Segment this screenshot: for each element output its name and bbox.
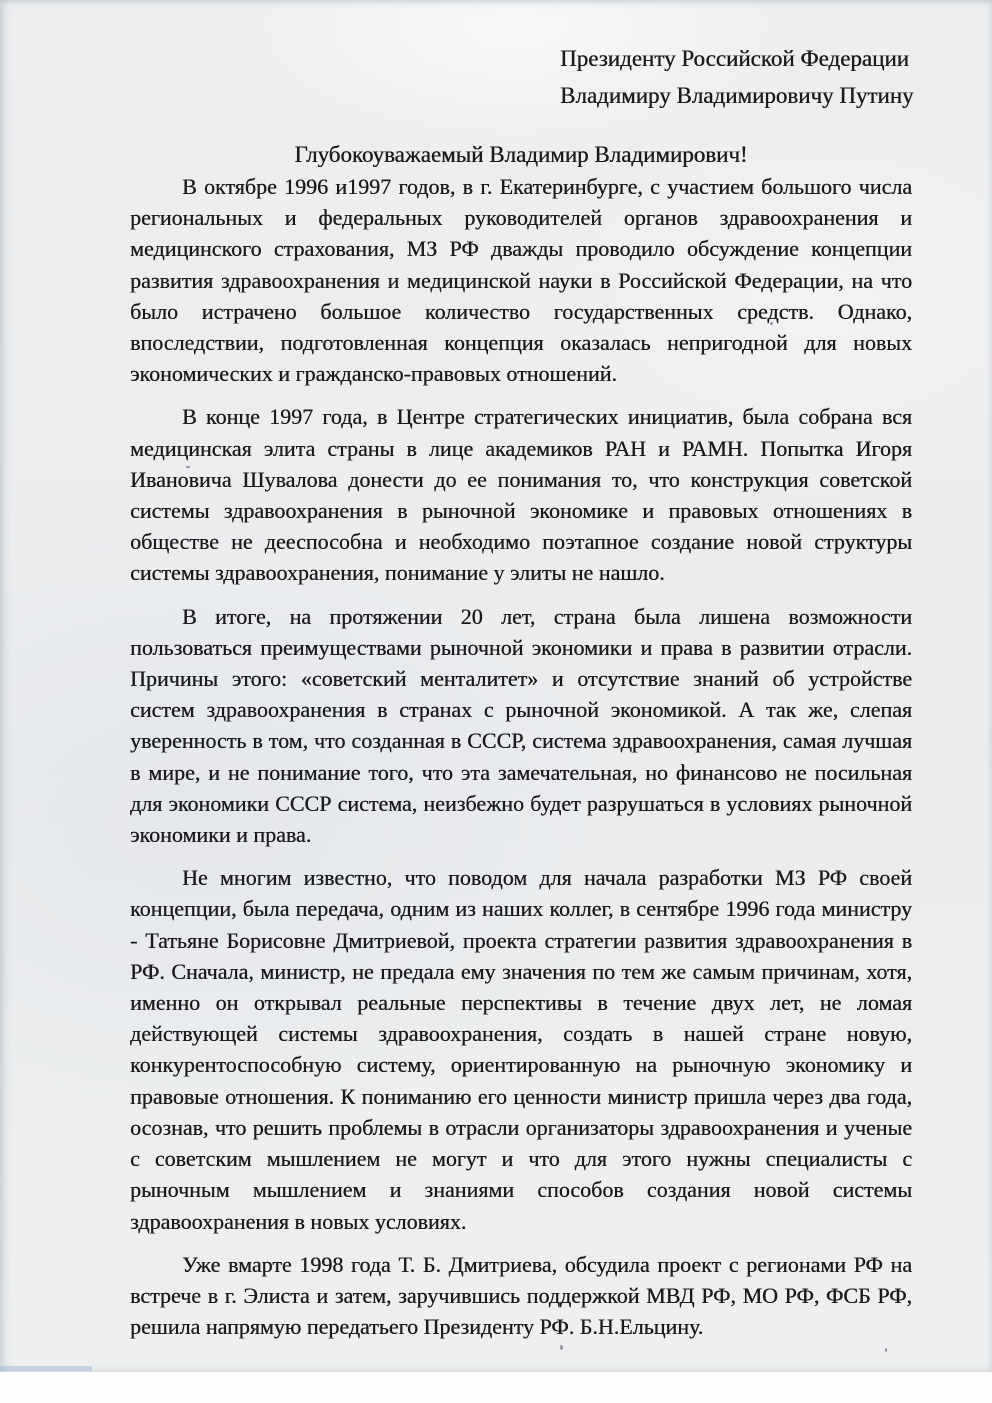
letter-paragraph: Уже вмарте 1998 года Т. Б. Дмитриева, об… — [130, 1249, 912, 1343]
letter-paper: Президенту Российской Федерации Владимир… — [0, 0, 992, 1372]
letter-paragraph: В октябре 1996 и1997 годов, в г. Екатери… — [130, 171, 912, 389]
scan-speck — [770, 322, 773, 325]
scan-speck — [885, 1348, 887, 1352]
scan-speck — [186, 466, 190, 468]
recipient-line-1: Президенту Российской Федерации — [560, 40, 914, 77]
salutation: Глубокоуважаемый Владимир Владимирович! — [130, 139, 912, 170]
scanned-letter-page: Президенту Российской Федерации Владимир… — [0, 0, 992, 1403]
letter-body: В октябре 1996 и1997 годов, в г. Екатери… — [130, 171, 912, 1354]
scan-speck — [560, 1345, 563, 1350]
letter-paragraph: В итоге, на протяжении 20 лет, страна бы… — [130, 601, 912, 851]
letter-paragraph: В конце 1997 года, в Центре стратегическ… — [130, 401, 912, 588]
scan-streak — [0, 1366, 92, 1371]
letter-paragraph: Не многим известно, что поводом для нача… — [130, 862, 912, 1236]
recipient-line-2: Владимиру Владимировичу Путину — [560, 77, 914, 114]
scanner-bed-margin — [0, 1372, 992, 1403]
recipient-block: Президенту Российской Федерации Владимир… — [560, 40, 914, 114]
